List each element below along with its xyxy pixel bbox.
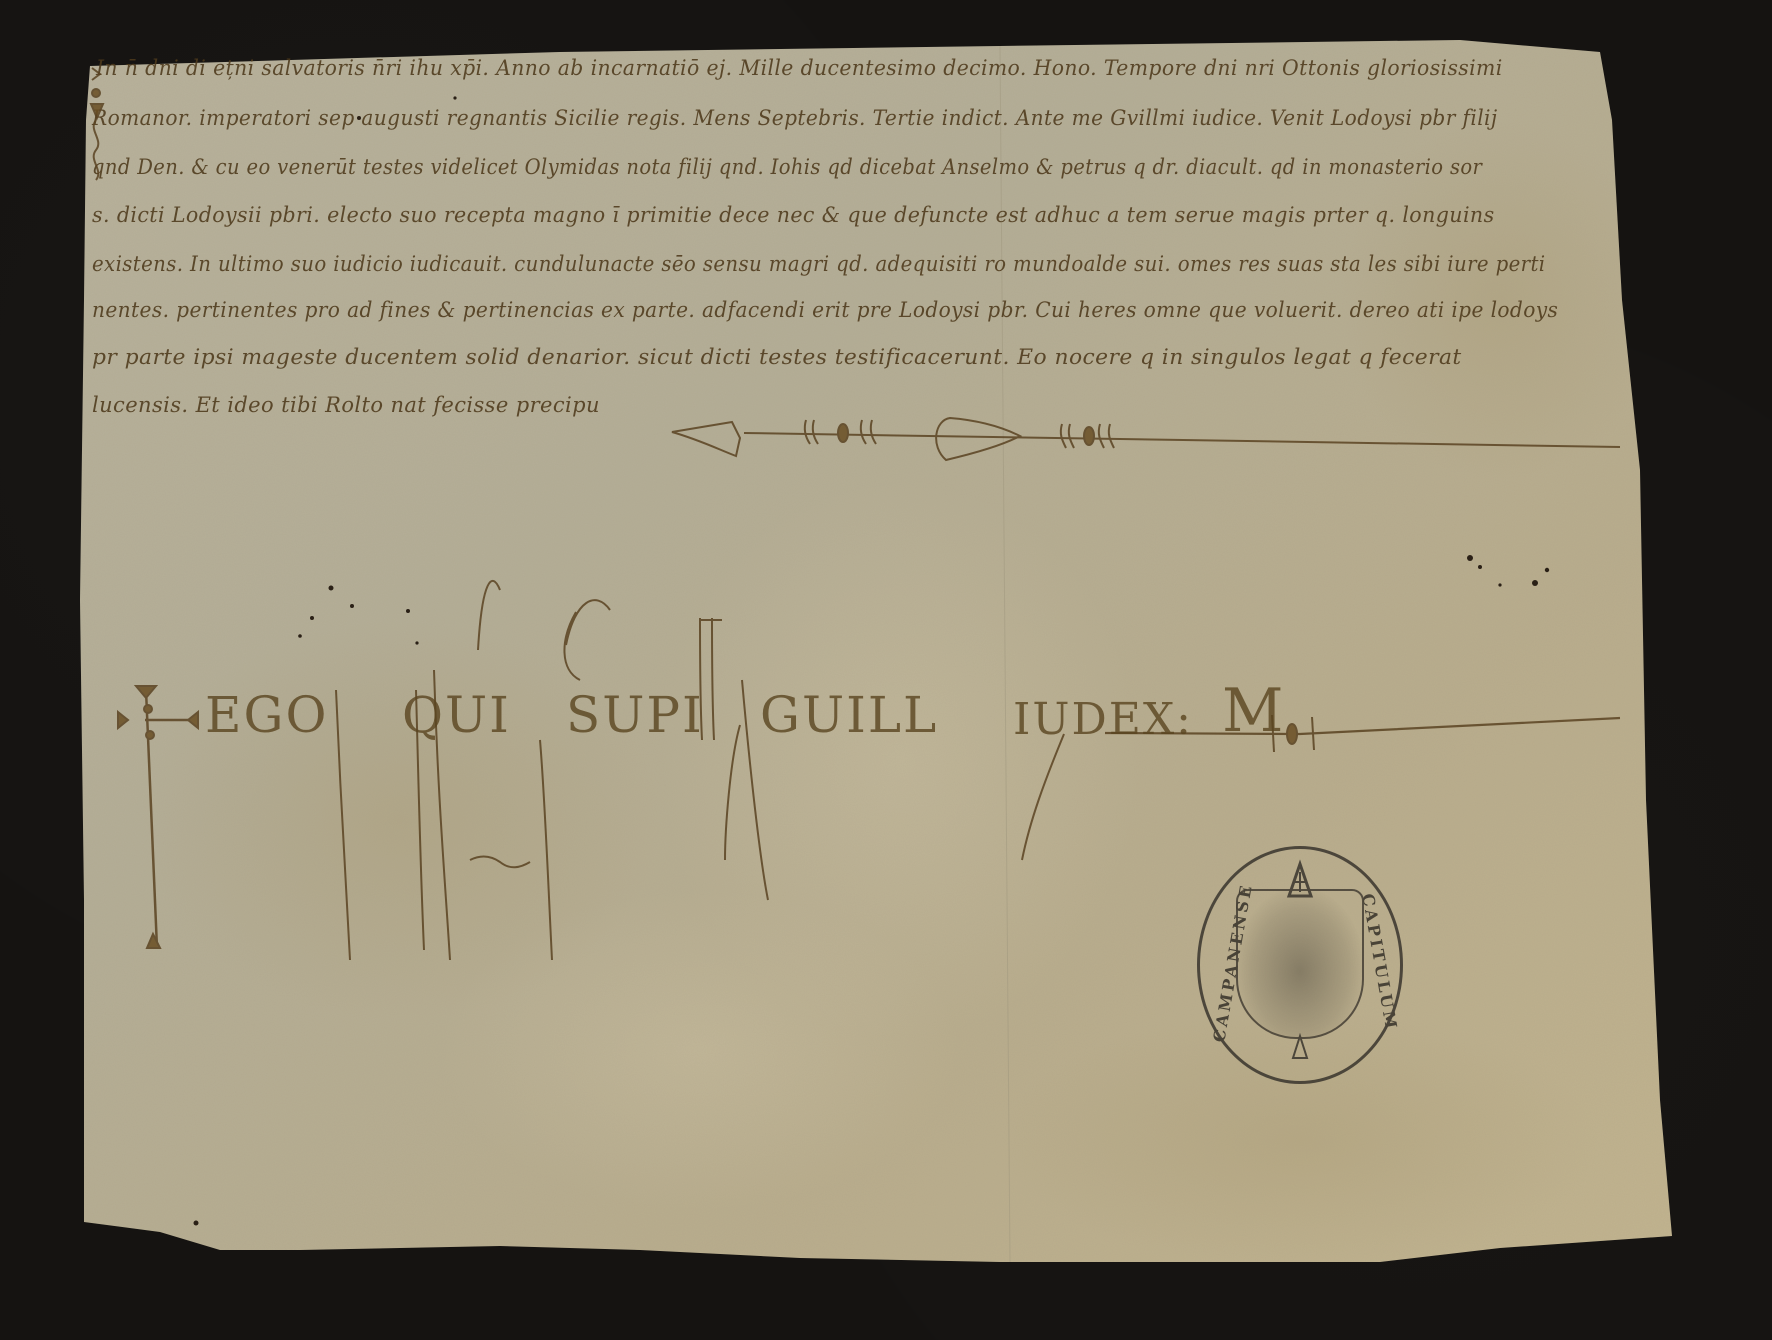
signature-word: M bbox=[1222, 676, 1285, 746]
signature-word: QUI bbox=[402, 686, 511, 744]
signature-word: IUDEX: bbox=[1013, 694, 1193, 745]
signature-word: EGO bbox=[205, 686, 328, 744]
signature-word: GUILL bbox=[760, 686, 938, 744]
signature-line: EGO QUI SUPI GUILL IUDEX: M bbox=[0, 0, 1772, 1340]
signature-word: SUPI bbox=[566, 686, 704, 744]
seal-stamp: CAMPANENSE CAPITULUM bbox=[1197, 846, 1403, 1084]
